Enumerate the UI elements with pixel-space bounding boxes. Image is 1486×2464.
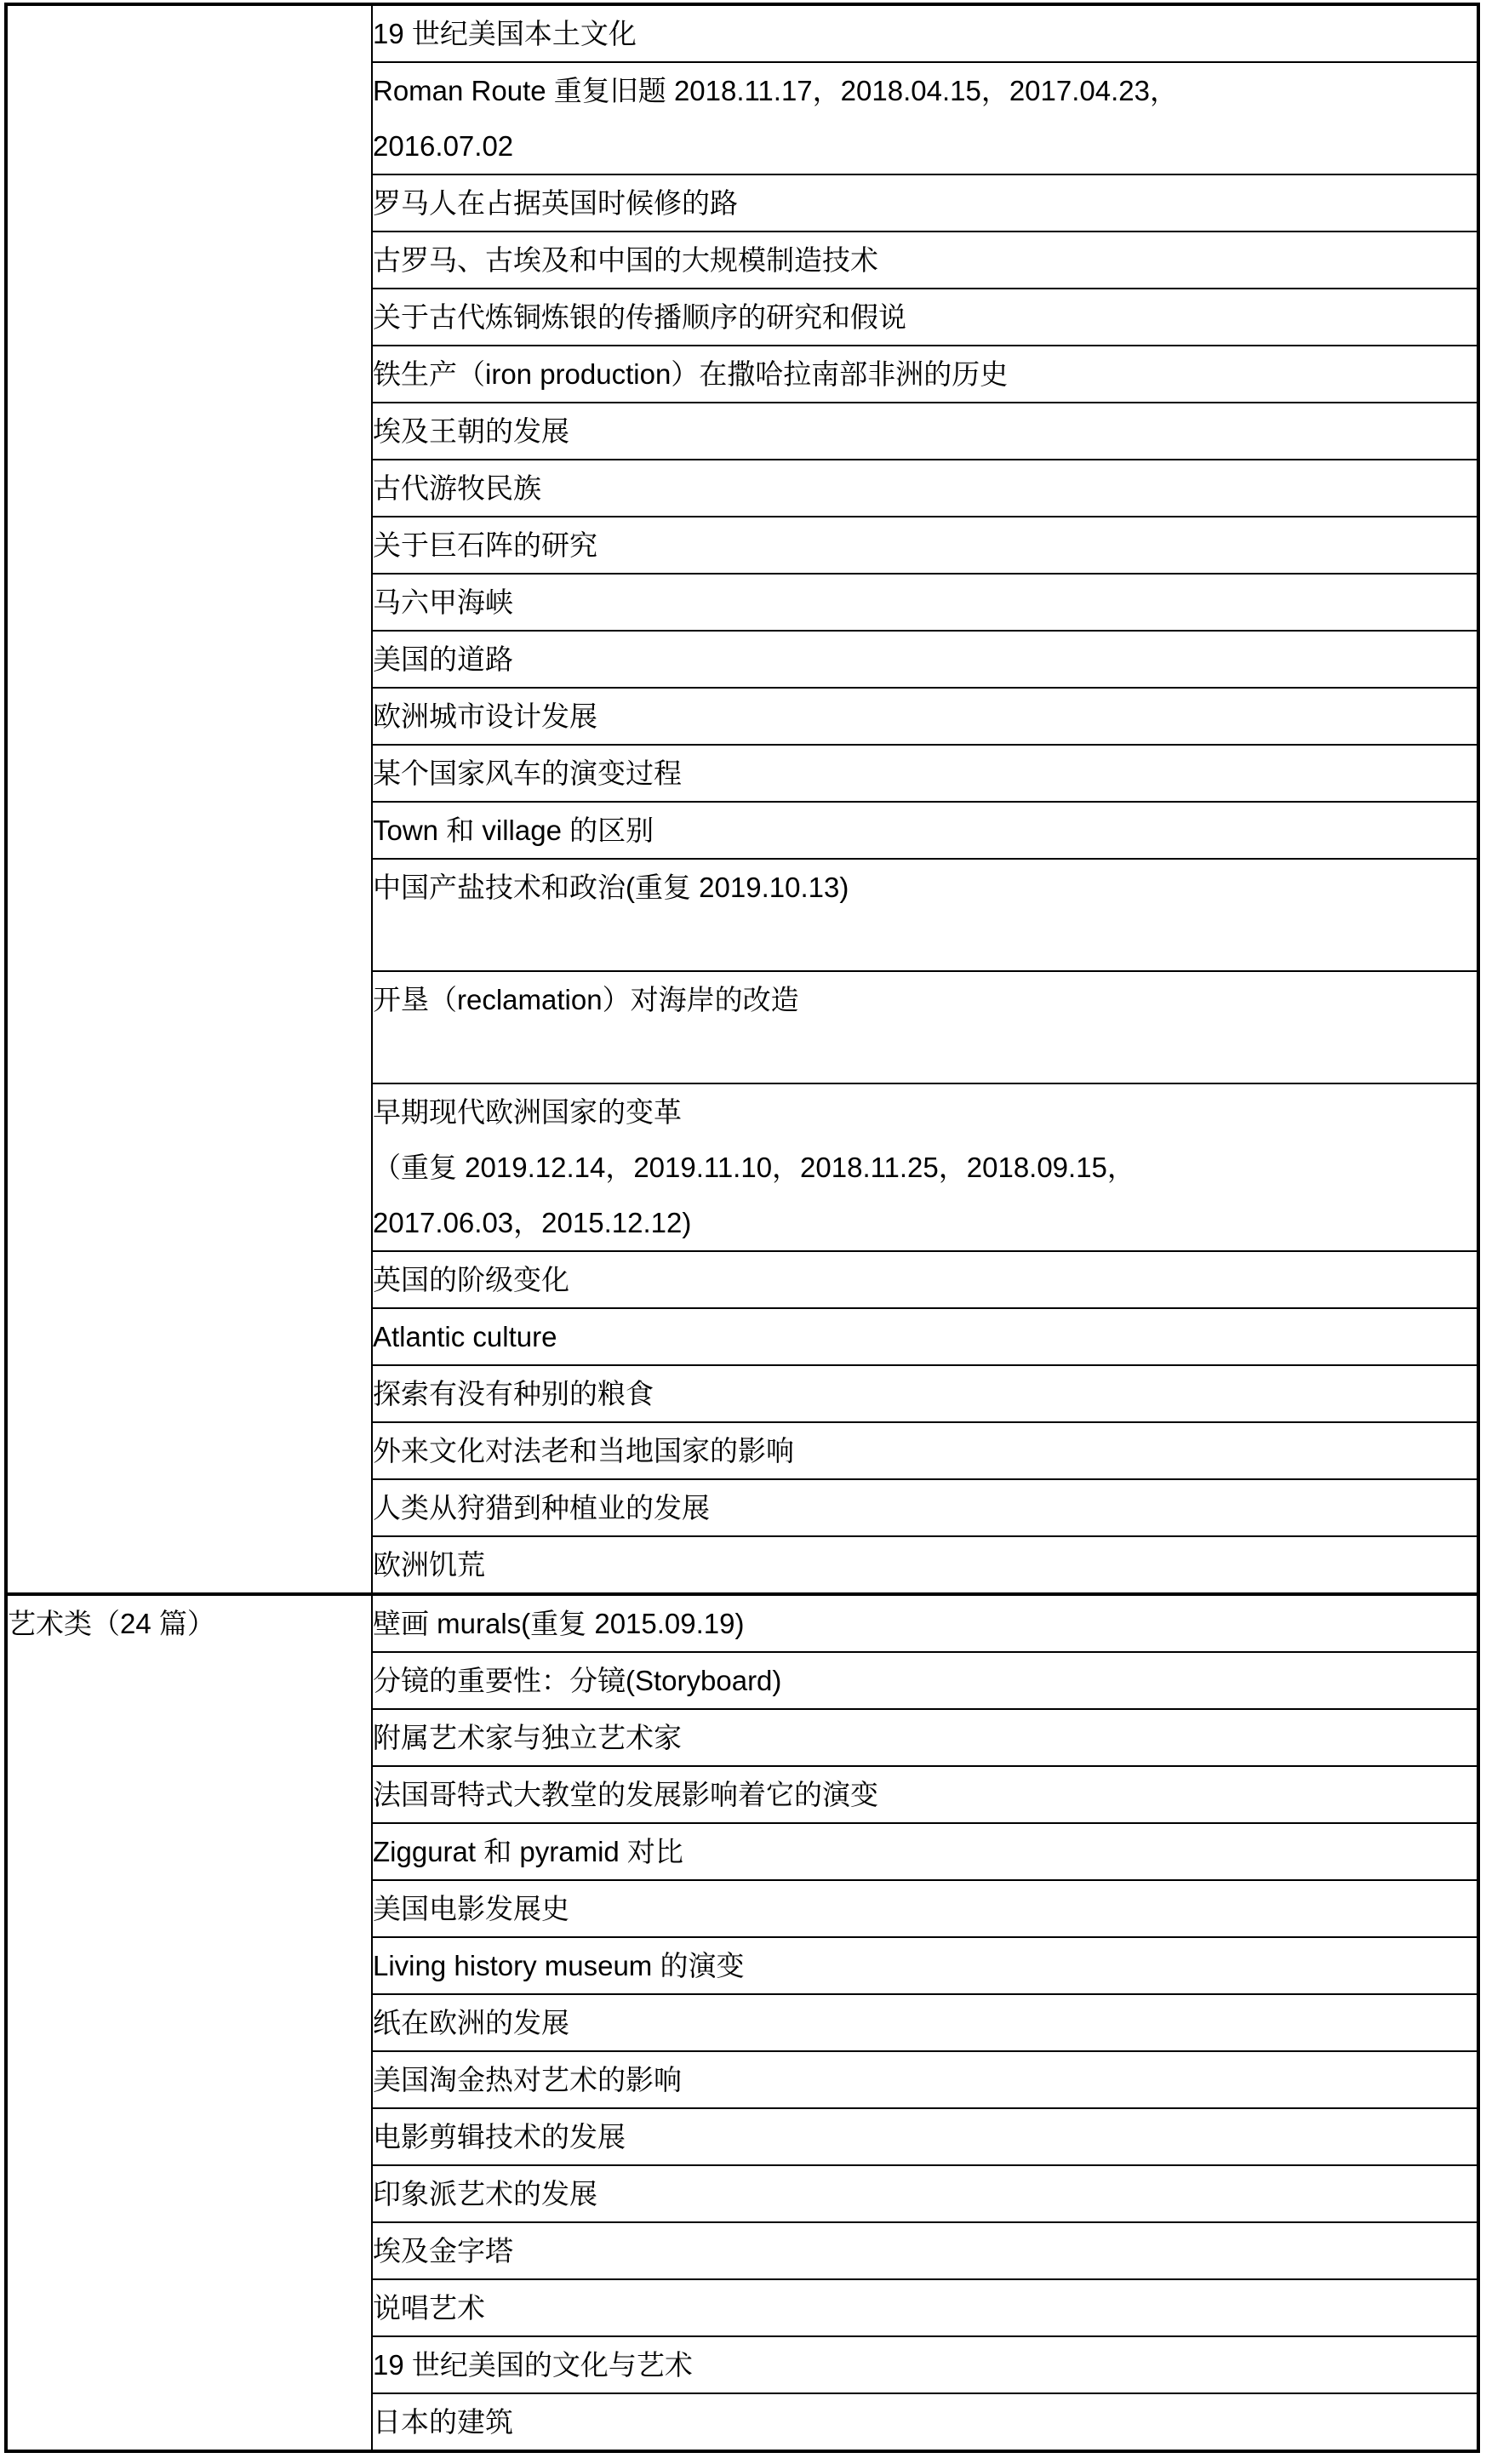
topic-text: 罗马人在占据英国时候修的路 <box>373 175 1477 231</box>
topic-text: 埃及王朝的发展 <box>373 403 1477 459</box>
topic-text: 附属艺术家与独立艺术家 <box>373 1710 1477 1765</box>
table-row: 19 世纪美国本土文化 <box>6 4 1478 62</box>
topic-text: 古代游牧民族 <box>373 460 1477 516</box>
topic-cell: 说唱艺术 <box>372 2279 1478 2336</box>
topic-cell: 某个国家风车的演变过程 <box>372 745 1478 802</box>
topic-cell: 19 世纪美国本土文化 <box>372 4 1478 62</box>
topic-cell: 日本的建筑 <box>372 2393 1478 2451</box>
topic-cell: 美国的道路 <box>372 631 1478 688</box>
topic-text: 19 世纪美国本土文化 <box>373 6 1477 61</box>
topic-text: 埃及金字塔 <box>373 2223 1477 2278</box>
topic-cell: 美国淘金热对艺术的影响 <box>372 2051 1478 2108</box>
topic-text: 探索有没有种别的粮食 <box>373 1366 1477 1421</box>
topic-text: 说唱艺术 <box>373 2280 1477 2335</box>
topic-cell: 中国产盐技术和政治(重复 2019.10.13) <box>372 859 1478 971</box>
topic-cell: 欧洲城市设计发展 <box>372 688 1478 745</box>
topic-cell: 分镜的重要性：分镜(Storyboard) <box>372 1652 1478 1709</box>
category-label: 艺术类（24 篇） <box>8 1596 371 1651</box>
topic-text: 人类从狩猎到种植业的发展 <box>373 1480 1477 1535</box>
topic-cell: 马六甲海峡 <box>372 574 1478 631</box>
topic-text: 开垦（reclamation）对海岸的改造 <box>373 972 1477 1027</box>
topic-text: 中国产盐技术和政治(重复 2019.10.13) <box>373 860 1477 915</box>
topic-text: 英国的阶级变化 <box>373 1252 1477 1307</box>
topic-text: 2016.07.02 <box>373 118 1477 174</box>
topic-text: 铁生产（iron production）在撒哈拉南部非洲的历史 <box>373 346 1477 402</box>
blank-line <box>373 915 1477 970</box>
topic-text: 法国哥特式大教堂的发展影响着它的演变 <box>373 1767 1477 1822</box>
topic-text: 壁画 murals(重复 2015.09.19) <box>373 1596 1477 1651</box>
topic-text: 印象派艺术的发展 <box>373 2166 1477 2221</box>
topic-cell: 法国哥特式大教堂的发展影响着它的演变 <box>372 1766 1478 1823</box>
topic-text: 早期现代欧洲国家的变革 <box>373 1084 1477 1140</box>
topic-cell: 埃及王朝的发展 <box>372 403 1478 460</box>
topic-cell: 外来文化对法老和当地国家的影响 <box>372 1422 1478 1479</box>
topic-text: 关于古代炼铜炼银的传播顺序的研究和假说 <box>373 289 1477 345</box>
topic-text: 美国的道路 <box>373 632 1477 687</box>
topic-cell: 欧洲饥荒 <box>372 1536 1478 1594</box>
topic-text: 关于巨石阵的研究 <box>373 517 1477 573</box>
topic-text: Living history museum 的演变 <box>373 1938 1477 1993</box>
topic-text: 某个国家风车的演变过程 <box>373 746 1477 801</box>
topic-cell: 探索有没有种别的粮食 <box>372 1365 1478 1422</box>
topic-text: 电影剪辑技术的发展 <box>373 2109 1477 2164</box>
topic-text: 美国电影发展史 <box>373 1881 1477 1936</box>
topic-text: （重复 2019.12.14，2019.11.10，2018.11.25，201… <box>373 1140 1477 1195</box>
topic-text: 马六甲海峡 <box>373 575 1477 630</box>
topic-text: 19 世纪美国的文化与艺术 <box>373 2337 1477 2393</box>
topic-cell: 人类从狩猎到种植业的发展 <box>372 1479 1478 1536</box>
topic-cell: 电影剪辑技术的发展 <box>372 2108 1478 2165</box>
topic-cell: Ziggurat 和 pyramid 对比 <box>372 1823 1478 1880</box>
category-cell: 艺术类（24 篇） <box>6 1594 372 2451</box>
topic-cell: 早期现代欧洲国家的变革（重复 2019.12.14，2019.11.10，201… <box>372 1083 1478 1251</box>
category-cell <box>6 4 372 1594</box>
topic-cell: 关于古代炼铜炼银的传播顺序的研究和假说 <box>372 289 1478 346</box>
topic-cell: Atlantic culture <box>372 1308 1478 1365</box>
topic-cell: 罗马人在占据英国时候修的路 <box>372 174 1478 232</box>
topic-cell: 英国的阶级变化 <box>372 1251 1478 1308</box>
topic-cell: 开垦（reclamation）对海岸的改造 <box>372 971 1478 1083</box>
topic-text: Atlantic culture <box>373 1309 1477 1364</box>
topic-text: 外来文化对法老和当地国家的影响 <box>373 1423 1477 1478</box>
topic-text: Ziggurat 和 pyramid 对比 <box>373 1824 1477 1879</box>
topic-cell: Living history museum 的演变 <box>372 1937 1478 1994</box>
topic-text: Town 和 village 的区别 <box>373 803 1477 858</box>
topic-cell: 关于巨石阵的研究 <box>372 517 1478 574</box>
topic-text: 欧洲饥荒 <box>373 1537 1477 1592</box>
topic-cell: 古罗马、古埃及和中国的大规模制造技术 <box>372 232 1478 289</box>
topic-text: 美国淘金热对艺术的影响 <box>373 2052 1477 2107</box>
topic-text: 欧洲城市设计发展 <box>373 689 1477 744</box>
topic-text: 古罗马、古埃及和中国的大规模制造技术 <box>373 232 1477 288</box>
topics-table-body: 19 世纪美国本土文化Roman Route 重复旧题 2018.11.17，2… <box>6 4 1478 2451</box>
topic-text: 纸在欧洲的发展 <box>373 1995 1477 2050</box>
topic-cell: 美国电影发展史 <box>372 1880 1478 1937</box>
topic-cell: Town 和 village 的区别 <box>372 802 1478 859</box>
topic-cell: 19 世纪美国的文化与艺术 <box>372 2336 1478 2393</box>
topic-cell: Roman Route 重复旧题 2018.11.17，2018.04.15，2… <box>372 62 1478 174</box>
table-row: 艺术类（24 篇）壁画 murals(重复 2015.09.19) <box>6 1594 1478 1652</box>
blank-line <box>373 1027 1477 1083</box>
topics-table: 19 世纪美国本土文化Roman Route 重复旧题 2018.11.17，2… <box>4 3 1480 2453</box>
topic-cell: 附属艺术家与独立艺术家 <box>372 1709 1478 1766</box>
topic-text: 分镜的重要性：分镜(Storyboard) <box>373 1653 1477 1708</box>
topic-cell: 古代游牧民族 <box>372 460 1478 517</box>
topic-cell: 壁画 murals(重复 2015.09.19) <box>372 1594 1478 1652</box>
topic-cell: 埃及金字塔 <box>372 2222 1478 2279</box>
topic-cell: 印象派艺术的发展 <box>372 2165 1478 2222</box>
topic-cell: 纸在欧洲的发展 <box>372 1994 1478 2051</box>
topic-text: 2017.06.03，2015.12.12) <box>373 1195 1477 1250</box>
topic-text: 日本的建筑 <box>373 2394 1477 2450</box>
topic-text: Roman Route 重复旧题 2018.11.17，2018.04.15，2… <box>373 63 1477 118</box>
topic-cell: 铁生产（iron production）在撒哈拉南部非洲的历史 <box>372 346 1478 403</box>
